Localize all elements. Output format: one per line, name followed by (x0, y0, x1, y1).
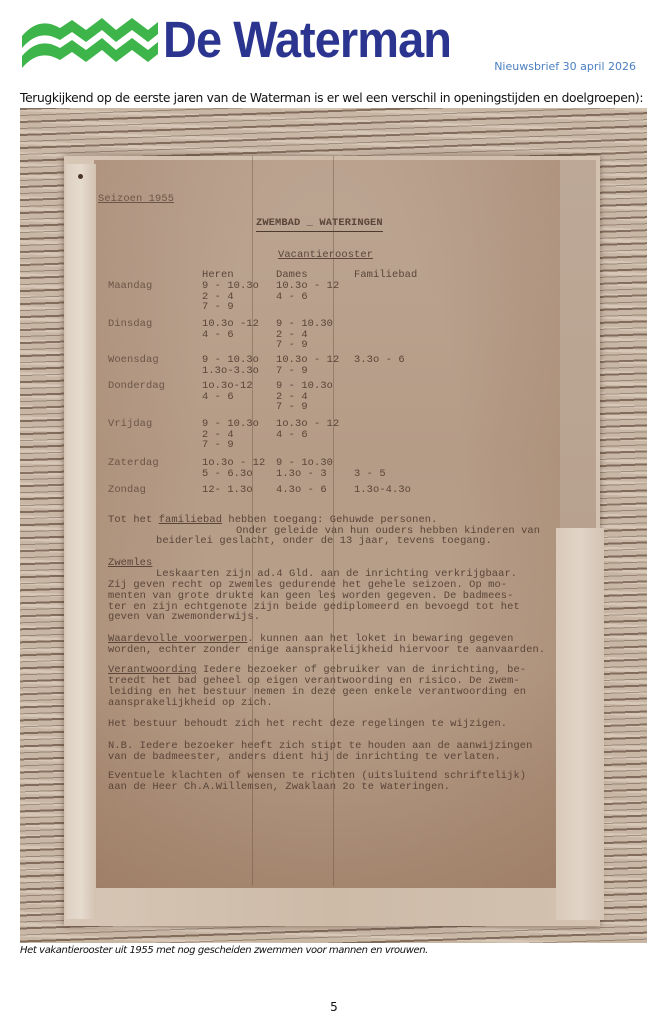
column-header-familiebad: Familiebad (354, 270, 417, 281)
schedule-time-heren: 5 - 6.3o (202, 469, 253, 480)
document-title: ZWEMBAD _ WATERINGEN (256, 217, 383, 232)
document-subtitle: Vacantierooster (278, 249, 373, 261)
schedule-day: Woensdag (108, 355, 159, 366)
waardevolle-text: worden, echter zonder enige aansprakelij… (108, 645, 545, 656)
verantwoording-text: Verantwoording Iedere bezoeker of gebrui… (108, 665, 526, 676)
season-label: Seizoen 1955 (98, 193, 174, 205)
schedule-time-heren: 10.3o -12 (202, 319, 259, 330)
schedule-time-heren: 7 - 9 (202, 440, 234, 451)
schedule-time-heren: 9 - 10.3o (202, 355, 259, 366)
schedule-time-dames: 4 - 6 (276, 430, 308, 441)
waardevolle-text: Waardevolle voorwerpen. kunnen aan het l… (108, 634, 513, 645)
schedule-day: Vrijdag (108, 419, 152, 430)
schedule-time-heren: 4 - 6 (202, 330, 234, 341)
schedule-day: Maandag (108, 281, 152, 292)
schedule-time-heren: 9 - 10.3o (202, 419, 259, 430)
schedule-day: Donderdag (108, 381, 165, 392)
page-number: 5 (0, 1000, 668, 1014)
schedule-day: Zondag (108, 485, 146, 496)
intro-text: Terugkijkend op de eerste jaren van de W… (20, 91, 643, 105)
schedule-time-dames: 10.3o - 12 (276, 281, 339, 292)
column-header-heren: Heren (202, 270, 234, 281)
bestuur-text: Het bestuur behoudt zich het recht deze … (108, 719, 507, 730)
punch-hole-icon (78, 174, 83, 179)
schedule-time-heren: 7 - 9 (202, 302, 234, 313)
schedule-time-dames: 1.3o - 3 (276, 469, 327, 480)
schedule-time-heren: 4 - 6 (202, 392, 234, 403)
schedule-time-dames: 9 - 10.30 (276, 319, 333, 330)
schedule-time-dames: 1o.3o - 12 (276, 419, 339, 430)
document-photo: Seizoen 1955 ZWEMBAD _ WATERINGEN Vacant… (20, 108, 647, 943)
newsletter-date: Nieuwsbrief 30 april 2026 (494, 60, 636, 73)
photo-caption: Het vakantierooster uit 1955 met nog ges… (20, 945, 428, 956)
schedule-time-heren: 9 - 10.3o (202, 281, 259, 292)
logo-text: De Waterman (163, 10, 451, 70)
schedule-time-heren: 1o.3o - 12 (202, 458, 265, 469)
schedule-time-heren: 1.3o-3.3o (202, 366, 259, 377)
column-header-dames: Dames (276, 270, 308, 281)
zwemles-text: Leskaarten zijn ad.4 Gld. aan de inricht… (156, 569, 517, 580)
schedule-time-dames: 7 - 9 (276, 340, 308, 351)
schedule-time-dames: 4.3o - 6 (276, 485, 327, 496)
schedule-time-heren: 12- 1.3o (202, 485, 253, 496)
klachten-text: aan de Heer Ch.A.Willemsen, Zwaklaan 2o … (108, 782, 450, 793)
verantwoording-text: aansprakelijkheid op zich. (108, 698, 273, 709)
schedule-time-dames: 7 - 9 (276, 402, 308, 413)
paper-edge-right (556, 528, 604, 920)
schedule-time-dames: 9 - 1o.30 (276, 458, 333, 469)
schedule-time-familiebad: 3.3o - 6 (354, 355, 405, 366)
schedule-time-familiebad: 3 - 5 (354, 469, 386, 480)
paper-edge-left (66, 164, 96, 919)
schedule-time-dames: 10.3o - 12 (276, 355, 339, 366)
schedule-time-heren: 1o.3o-12 (202, 381, 253, 392)
logo-waves-icon (20, 14, 160, 70)
zwemles-heading: Zwemles (108, 558, 152, 569)
schedule-day: Dinsdag (108, 319, 152, 330)
schedule-time-dames: 4 - 6 (276, 292, 308, 303)
familiebad-note: Tot het familiebad hebben toegang: Gehuw… (108, 515, 437, 526)
schedule-time-dames: 7 - 9 (276, 366, 308, 377)
schedule-time-dames: 9 - 10.3o (276, 381, 333, 392)
familiebad-note: beiderlei geslacht, onder de 13 jaar, te… (156, 536, 492, 547)
zwemles-text: geven van zwemonderwijs. (108, 612, 260, 623)
schedule-time-familiebad: 1.3o-4.3o (354, 485, 411, 496)
schedule-day: Zaterdag (108, 458, 159, 469)
nb-text: van de badmeester, anders dient hij de i… (108, 752, 501, 763)
nb-text: N.B. Iedere bezoeker heeft zich stipt te… (108, 741, 532, 752)
